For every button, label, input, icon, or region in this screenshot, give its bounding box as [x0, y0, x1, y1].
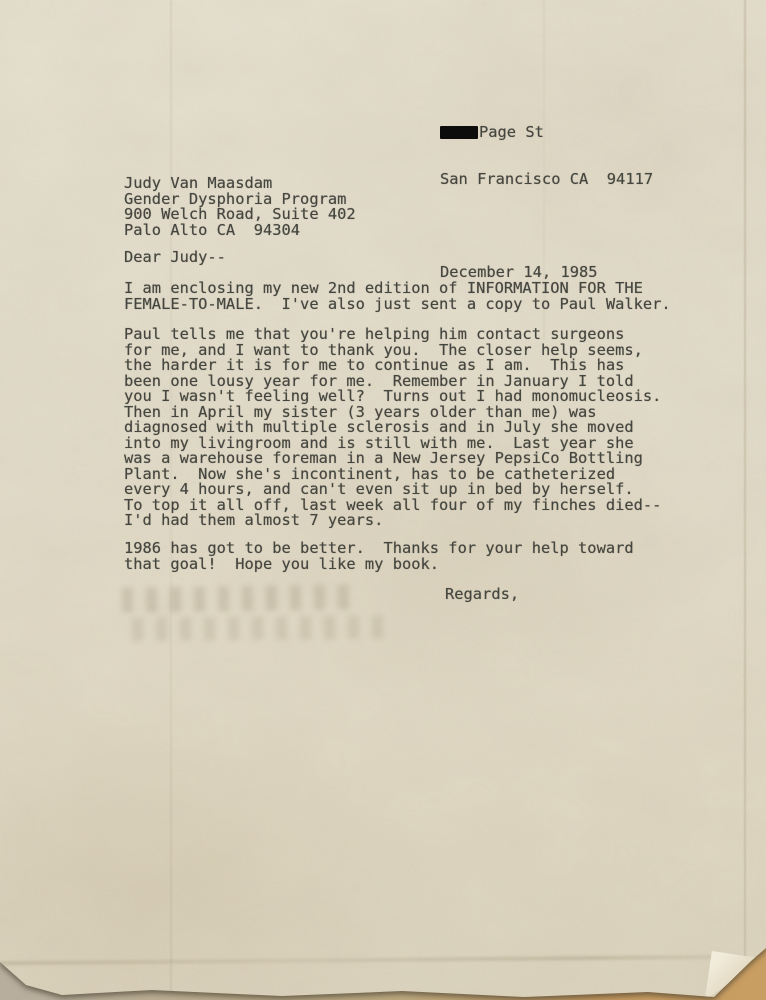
- folded-corner-bottom-right: [701, 943, 765, 1000]
- ink-show-through-smudge: [122, 584, 350, 612]
- bottom-fold-crease: [0, 955, 740, 965]
- recipient-address-block: Judy Van Maasdam Gender Dysphoria Progra…: [124, 176, 356, 238]
- sender-city-line: San Francisco CA 94117: [440, 172, 653, 188]
- letter-date: December 14, 1985: [440, 265, 653, 281]
- salutation: Dear Judy--: [124, 250, 226, 266]
- sender-street-text: Page St: [479, 123, 544, 141]
- redaction-bar: [440, 126, 478, 139]
- closing-regards: Regards,: [445, 587, 519, 603]
- paper-sheet-shadow: Page St San Francisco CA 94117 December …: [0, 0, 766, 1000]
- body-paragraph-1: I am enclosing my new 2nd edition of INF…: [124, 281, 671, 312]
- sender-street-line: Page St: [440, 125, 653, 141]
- scanned-letter-page: Page St San Francisco CA 94117 December …: [0, 0, 766, 1000]
- paper-sheet: Page St San Francisco CA 94117 December …: [0, 0, 766, 1000]
- paper-right-edge-line: [744, 0, 746, 1000]
- ink-show-through-smudge: [132, 616, 394, 642]
- body-paragraph-3: 1986 has got to be better. Thanks for yo…: [124, 541, 634, 572]
- body-paragraph-2: Paul tells me that you're helping him co…: [124, 327, 661, 529]
